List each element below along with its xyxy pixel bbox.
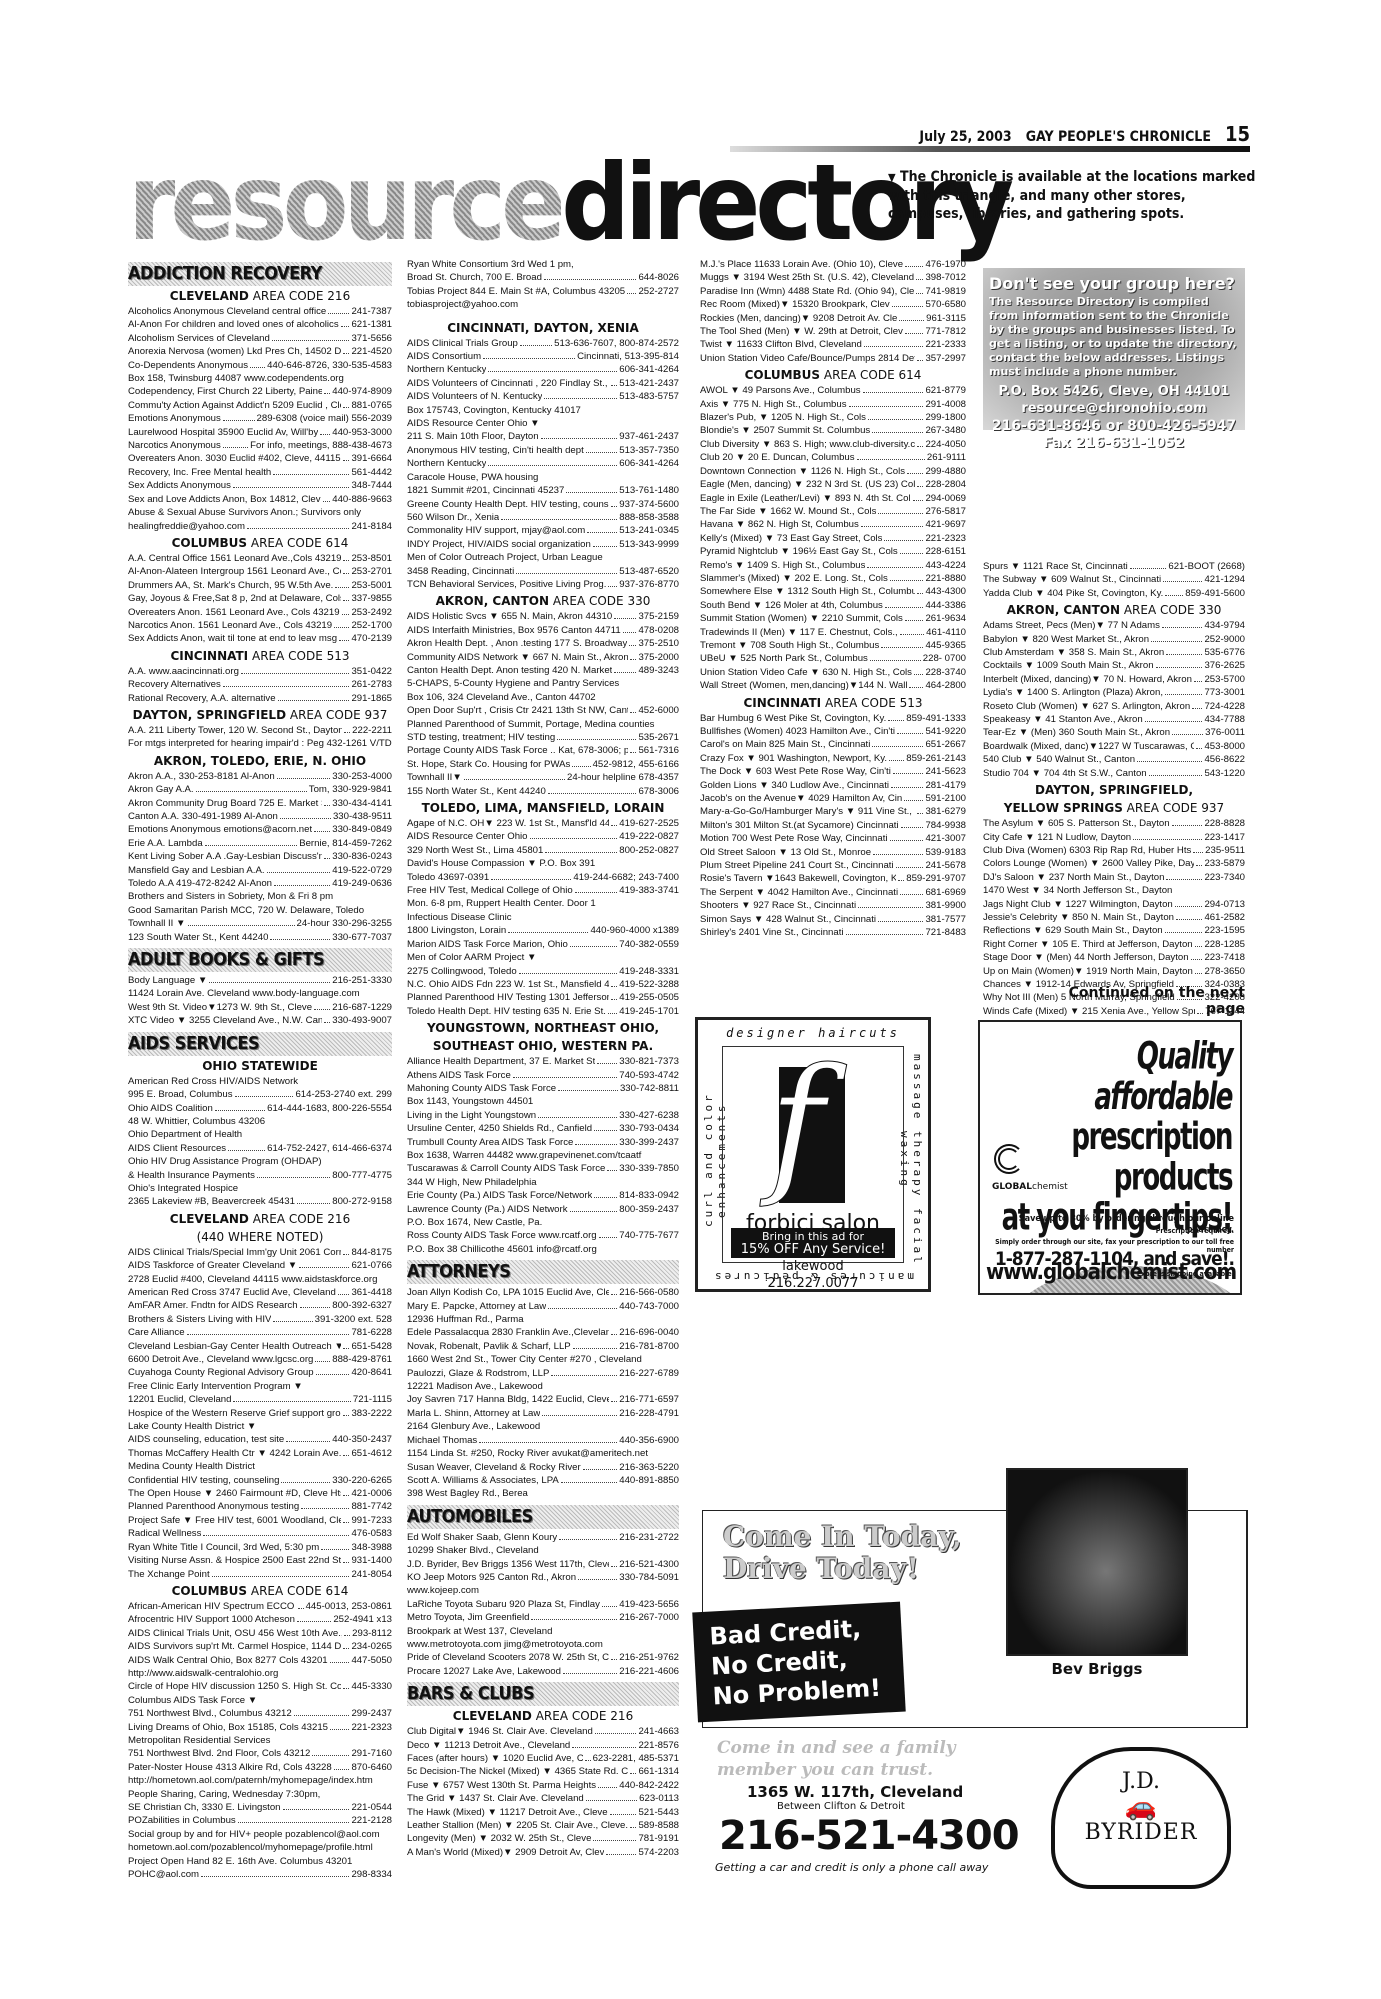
pharm-brand: GLOBALchemist <box>992 1182 1068 1192</box>
listing-name: Jags Night Club ▼ 1227 Wilmington, Dayto… <box>983 898 1173 911</box>
listing-name: Studio 704 ▼ 704 4th St S.W., Canton <box>983 767 1147 780</box>
listing-name: Michael Thomas <box>407 1434 477 1447</box>
listing-entry: Stage Door ▼ (Men) 44 North Jefferson, D… <box>983 951 1245 964</box>
listing-phone: 294-0713 <box>1204 898 1245 911</box>
dot-leader <box>889 760 904 761</box>
listing-name: Commonality HIV support, mjay@aol.com <box>407 524 585 537</box>
listing-entry: INDY Project, HIV/AIDS social organizati… <box>407 538 679 551</box>
listing-name: Faces (after hours) ▼ 1020 Euclid Ave, C… <box>407 1752 583 1765</box>
listing-entry: Living in the Light Youngstown330-427-62… <box>407 1109 679 1122</box>
listing-entry: 1800 Livingston, Lorain440-960-4000 x138… <box>407 924 679 937</box>
listing-entry: Lydia's ▼ 1400 S. Arlington (Plaza) Akro… <box>983 686 1245 699</box>
dot-leader <box>519 973 618 974</box>
listing-phone: 453-8000 <box>1204 740 1245 753</box>
salon-f-logo-icon: f <box>779 1067 845 1203</box>
listing-entry: 751 Northwest Blvd. 2nd Floor, Cols 4321… <box>128 1747 392 1760</box>
dot-leader <box>863 392 924 393</box>
listing-entry: Laurelwood Hospital 35900 Euclid Av, Wil… <box>128 426 392 439</box>
dot-leader <box>608 586 617 587</box>
dot-leader <box>907 473 923 474</box>
globe-logo-icon <box>994 1144 1024 1174</box>
section-heading: Adult Books & Gifts <box>128 948 392 972</box>
area-heading: AKRON, TOLEDO, ERIE, N. OHIO <box>128 753 392 769</box>
dot-leader <box>491 879 571 880</box>
area-heading: DAYTON, SPRINGFIELD, <box>983 782 1245 798</box>
listing-phone: 724-4228 <box>1204 700 1245 713</box>
listing-name: Rational Recovery, A.A. alternative <box>128 692 276 705</box>
listing-entry: The Hawk (Mixed) ▼ 11217 Detroit Ave., C… <box>407 1806 679 1819</box>
dot-leader <box>323 501 331 502</box>
listing-name: Afrocentric HIV Support 1000 Atcheson <box>128 1613 295 1626</box>
listing-entry: Roseto Club (Women) ▼ 627 S. Arlington, … <box>983 700 1245 713</box>
listing-phone: 521-5443 <box>638 1806 679 1819</box>
area-city: AKRON, CANTON <box>1007 603 1120 617</box>
byrider-credit-banner: Bad Credit, No Credit, No Problem! <box>692 1602 905 1723</box>
dot-leader <box>566 492 617 493</box>
listing-detail: Brothers and Sisters in Sobriety, Mon & … <box>128 890 392 903</box>
dot-leader <box>864 346 924 347</box>
listing-entry: Marion AIDS Task Force Marion, Ohio740-3… <box>407 938 679 951</box>
salon-offer: Bring in this ad for 15% OFF Any Service… <box>731 1228 895 1258</box>
byrider-headline: Come In Today, Drive Today! <box>723 1521 962 1585</box>
listing-name: 155 North Water St., Kent 44240 <box>407 785 546 798</box>
dot-leader <box>893 773 924 774</box>
listing-name: Living in the Light Youngstown <box>407 1109 536 1122</box>
listing-entry: Alcoholism Services of Cleveland371-5656 <box>128 332 392 345</box>
page-number: 15 <box>1225 122 1250 146</box>
listing-entry: Planned Parenthood Anonymous testing881-… <box>128 1500 392 1513</box>
listing-entry: 155 North Water St., Kent 44240678-3006 <box>407 785 679 798</box>
listing-name: 540 Club ▼ 540 Walnut St., Canton <box>983 753 1135 766</box>
cta-phones: 216-631-8646 or 800-426-5947 <box>989 418 1239 434</box>
listing-entry: Project Safe ▼ Free HIV test, 6001 Woodl… <box>128 1514 392 1527</box>
dot-leader <box>215 1110 265 1111</box>
listing-entry: The Subway ▼ 609 Walnut St., Cincinnati4… <box>983 573 1245 586</box>
listing-phone: 623-2281, 485-5371 <box>593 1752 679 1765</box>
section-heading-text: AIDS Services <box>128 1033 259 1054</box>
area-heading: CINCINNATI AREA CODE 513 <box>128 648 392 664</box>
dot-leader <box>324 805 330 806</box>
listing-phone: 278-3650 <box>1204 965 1245 978</box>
listing-entry: Pater-Noster House 4313 Alkire Rd, Cols … <box>128 1761 392 1774</box>
listing-name: Recovery, Inc. Free Mental health <box>128 466 271 479</box>
dot-leader <box>891 787 923 788</box>
listing-entry: & Health Insurance Payments800-777-4775 <box>128 1169 392 1182</box>
dot-leader <box>479 1442 617 1443</box>
listing-entry: Milton's 301 Milton St.(at Sycamore) Cin… <box>700 819 966 832</box>
listing-entry: Summit Station (Women) ▼ 2210 Summit, Co… <box>700 612 966 625</box>
listing-entry: AIDS counseling, education, test site440… <box>128 1433 392 1446</box>
listing-entry: Downtown Connection ▼ 1126 N. High St., … <box>700 465 966 478</box>
listing-entry: Crazy Fox ▼ 901 Washington, Newport, Ky.… <box>700 752 966 765</box>
listing-detail: Ryan White Consortium 3rd Wed 1 pm, <box>407 258 679 271</box>
dot-leader <box>1156 667 1203 668</box>
dot-leader <box>344 732 350 733</box>
salon-left-text: curl and color enhancements <box>702 1050 716 1270</box>
listing-entry: AIDS Taskforce of Greater Cleveland ▼621… <box>128 1259 392 1272</box>
listing-name: St. Hope, Stark Co. Housing for PWAs <box>407 758 570 771</box>
dot-leader <box>188 925 295 926</box>
listing-name: AIDS Walk Central Ohio, Box 8277 Cols 43… <box>128 1654 328 1667</box>
listing-phone: 252-9000 <box>1204 633 1245 646</box>
listing-name: West 9th St. Video▼1273 W. 9th St., Clev… <box>128 1001 312 1014</box>
dot-leader <box>608 1013 617 1014</box>
ad-global-chemist: Quality affordable prescription products… <box>978 1020 1242 1295</box>
listing-entry: West 9th St. Video▼1273 W. 9th St., Clev… <box>128 1001 392 1014</box>
listing-entry: Fuse ▼ 6757 West 130th St. Parma Heights… <box>407 1779 679 1792</box>
listing-phone: 261-2783 <box>351 678 392 691</box>
dot-leader <box>300 1307 331 1308</box>
listing-name: Erie A.A. Lambda <box>128 837 203 850</box>
listing-name: Stage Door ▼ (Men) 44 North Jefferson, D… <box>983 951 1189 964</box>
dot-leader <box>330 1729 349 1730</box>
listing-phone: 221-2333 <box>925 338 966 351</box>
listing-name: A.A. 211 Liberty Tower, 120 W. Second St… <box>128 724 342 737</box>
listing-phone: 651-4612 <box>351 1447 392 1460</box>
listing-phone: 330-742-8811 <box>620 1082 679 1095</box>
listing-name: 6600 Detroit Ave., Cleveland www.lgcsc.o… <box>128 1353 313 1366</box>
listing-entry: Tear-Ez ▼ (Men) 360 South Main St., Akro… <box>983 726 1245 739</box>
listing-phone: 330-784-5091 <box>619 1571 679 1584</box>
listing-phone: 24-hour 330-296-3255 <box>297 917 392 930</box>
dot-leader <box>597 1063 617 1064</box>
dot-leader <box>273 474 349 475</box>
listing-phone: 444-3386 <box>925 599 966 612</box>
dot-leader <box>884 540 923 541</box>
section-heading-text: Bars & Clubs <box>407 1683 534 1704</box>
listing-phone: 221-2128 <box>351 1814 392 1827</box>
listing-phone: 241-5678 <box>925 859 966 872</box>
area-city: YOUNGSTOWN, NORTHEAST OHIO, <box>427 1021 659 1035</box>
listing-phone: 228-6151 <box>925 545 966 558</box>
dot-leader <box>299 1267 349 1268</box>
listing-phone: 241-8184 <box>351 520 392 533</box>
dot-leader <box>611 1566 617 1567</box>
listing-phone: 513-483-5757 <box>619 390 679 403</box>
dot-leader <box>913 500 924 501</box>
listing-name: Old Street Saloon ▼ 13 Old St., Monroe <box>700 846 871 859</box>
listing-detail: 10299 Shaker Blvd., Cleveland <box>407 1544 679 1557</box>
dot-leader <box>277 778 331 779</box>
listing-name: A Man's World (Mixed)▼ 2909 Detroit Av, … <box>407 1846 604 1859</box>
listing-phone: 383-2222 <box>351 1407 392 1420</box>
dot-leader <box>849 406 924 407</box>
dot-leader <box>857 459 925 460</box>
dot-leader <box>606 1854 636 1855</box>
listing-entry: Circle of Hope HIV discussion 1250 S. Hi… <box>128 1680 392 1693</box>
listing-name: Tuscarawas & Carroll County AIDS Task Fo… <box>407 1162 605 1175</box>
dot-leader <box>516 573 617 574</box>
dot-leader <box>314 831 330 832</box>
listing-phone: 253-5700 <box>1204 673 1245 686</box>
listing-entry: Shirley's 2401 Vine St., Cincinnati721-8… <box>700 926 966 939</box>
listing-phone: 800-392-6327 <box>332 1299 392 1312</box>
dot-leader <box>294 1715 350 1716</box>
dot-leader <box>593 1840 636 1841</box>
listing-phone: 419-522-3288 <box>619 978 679 991</box>
listing-name: Jacob's on the Avenue▼ 4029 Hamilton Av,… <box>700 792 902 805</box>
dot-leader <box>1130 568 1167 569</box>
listing-name: Ursuline Center, 4250 Shields Rd., Canfi… <box>407 1122 592 1135</box>
listing-entry: AIDS Clinical Trials Unit, OSU 456 West … <box>128 1627 392 1640</box>
listing-entry: Havana ▼ 862 N. High St, Columbus421-969… <box>700 518 966 531</box>
cta-email[interactable]: resource@chronohio.com <box>989 401 1239 417</box>
listing-phone: 376-2625 <box>1204 659 1245 672</box>
bev-briggs-photo <box>1006 1468 1188 1656</box>
listing-entry: A.A. Central Office 1561 Leonard Ave.,Co… <box>128 552 392 565</box>
section-heading: Bars & Clubs <box>407 1682 679 1706</box>
listing-name: Sex and Love Addicts Anon, Box 14812, Cl… <box>128 493 321 506</box>
listing-name: Reflections ▼ 629 South Main St., Dayton <box>983 924 1163 937</box>
listing-entry: Jags Night Club ▼ 1227 Wilmington, Dayto… <box>983 898 1245 911</box>
dot-leader <box>901 827 924 828</box>
listing-name: Rosie's Tavern ▼1643 Bakewell, Covington… <box>700 872 896 885</box>
listing-phone: 419-248-3331 <box>619 965 679 978</box>
dot-leader <box>897 733 923 734</box>
listing-phone: 357-2997 <box>925 352 966 365</box>
area-city: OHIO STATEWIDE <box>202 1059 318 1073</box>
listing-phone: 330-434-4141 <box>332 797 392 810</box>
listing-phone: 330-821-7373 <box>619 1055 679 1068</box>
area-heading: TOLEDO, LIMA, MANSFIELD, LORAIN <box>407 800 679 816</box>
listing-entry: Paulozzi, Glaze & Rodstrom, LLP216-227-6… <box>407 1367 679 1380</box>
listing-detail: 5-CHAPS, 5-County Hygiene and Pantry Ser… <box>407 677 679 690</box>
bev-briggs-name: Bev Briggs <box>1006 1660 1188 1678</box>
listing-entry: Mary-a-Go-Go/Hamburger Mary's ▼ 911 Vine… <box>700 805 966 818</box>
dot-leader <box>233 1401 350 1402</box>
area-subheading: (440 WHERE NOTED) <box>128 1229 392 1245</box>
listing-entry: KO Jeep Motors 925 Canton Rd., Akron330-… <box>407 1571 679 1584</box>
listing-entry: Union Station Video Cafe ▼ 630 N. High S… <box>700 666 966 679</box>
listing-entry: Akron Community Drug Board 725 E. Market… <box>128 797 392 810</box>
listing-phone: 881-0765 <box>351 399 392 412</box>
listing-name: The Open House ▼ 2460 Fairmount #D, Clev… <box>128 1487 341 1500</box>
area-code: AREA CODE 330 <box>553 594 651 608</box>
area-city: CLEVELAND <box>170 289 249 303</box>
listing-phone: 216-221-4606 <box>619 1665 679 1678</box>
dot-leader <box>575 1144 617 1145</box>
pharm-required: Prescription required. <box>1156 1227 1234 1235</box>
listing-name: Cleveland Lesbian-Gay Center Health Outr… <box>128 1340 341 1353</box>
listing-detail: Medina County Health District <box>128 1460 392 1473</box>
listing-name: Spurs ▼ 1121 Race St, Cincinnati <box>983 560 1128 573</box>
listing-entry: Ross County AIDS Task Force www.rcatf.or… <box>407 1229 679 1242</box>
section-heading: AIDS Services <box>128 1032 392 1056</box>
area-city: CINCINNATI, DAYTON, XENIA <box>447 321 639 335</box>
dot-leader <box>343 1562 349 1563</box>
listing-phone: 440-960-4000 x1389 <box>590 924 679 937</box>
dot-leader <box>301 1508 349 1509</box>
listing-phone: 513-421-2437 <box>619 377 679 390</box>
dot-leader <box>1137 761 1202 762</box>
listing-name: 560 Wilson Dr., Xenia <box>407 511 499 524</box>
cta-address: P.O. Box 5426, Cleve, OH 44101 <box>989 384 1239 400</box>
listing-phone: 784-9938 <box>925 819 966 832</box>
dot-leader <box>312 1755 349 1756</box>
area-code: AREA CODE 614 <box>251 1584 349 1598</box>
listing-entry: Leather Stallion (Men) ▼ 2205 St. Clair … <box>407 1819 679 1832</box>
listing-name: Paradise Inn (Wmn) 4488 State Rd. (Ohio … <box>700 285 914 298</box>
dot-leader <box>257 1177 330 1178</box>
listing-phone: 330-253-4000 <box>332 770 392 783</box>
dot-leader <box>212 1576 350 1577</box>
listing-phone: 419-627-2525 <box>619 817 679 830</box>
listing-name: Kent Living Sober A.A .Gay-Lesbian Discu… <box>128 850 322 863</box>
listing-phone: 233-5879 <box>1204 857 1245 870</box>
dot-leader <box>341 326 350 327</box>
dot-leader <box>572 1747 636 1748</box>
dot-leader <box>607 1170 617 1171</box>
listing-entry: The Far Side ▼ 1662 W. Mound St., Cols27… <box>700 505 966 518</box>
listing-name: 211 S. Main 10th Floor, Dayton <box>407 430 539 443</box>
dot-leader <box>905 266 923 267</box>
dot-leader <box>890 840 924 841</box>
listing-entry: Mahoning County AIDS Task Force330-742-8… <box>407 1082 679 1095</box>
dot-leader <box>861 526 924 527</box>
listing-name: The Subway ▼ 609 Walnut St., Cincinnati <box>983 573 1161 586</box>
dot-leader <box>343 353 349 354</box>
listing-name: Agape of N.C. OH▼ 223 W. 1st St., Mansf'… <box>407 817 609 830</box>
listing-name: STD testing, treatment; HIV testing <box>407 731 555 744</box>
listing-entry: A.A. 211 Liberty Tower, 120 W. Second St… <box>128 724 392 737</box>
title-resource: resource <box>128 155 561 250</box>
cta-body: The Resource Directory is compiled from … <box>989 295 1239 379</box>
dot-leader <box>583 1469 618 1470</box>
listing-detail: 12936 Huffman Rd., Parma <box>407 1313 679 1326</box>
listing-phone: Bernie, 814-459-7262 <box>299 837 392 850</box>
listing-entry: healingfreddie@yahoo.com241-8184 <box>128 520 392 533</box>
listing-phone: 464-2800 <box>925 679 966 692</box>
listing-entry: 2365 Lakeview #B, Beavercreek 45431800-2… <box>128 1195 392 1208</box>
listing-detail: AIDS Resource Center Ohio ▼ <box>407 417 679 430</box>
listing-entry: Sex Addicts Anonymous348-7444 <box>128 479 392 492</box>
listing-phone: 606-341-4264 <box>619 457 679 470</box>
cta-heading: Don't see your group here? <box>989 274 1239 294</box>
byrider-address: 1365 W. 117th, Cleveland <box>747 1783 963 1801</box>
listing-name: A.A. www.aacincinnati.org <box>128 665 239 678</box>
listing-detail: www.metrotoyota.com jimg@metrotoyota.com <box>407 1638 679 1651</box>
listing-phone: 621-0766 <box>351 1259 392 1272</box>
area-code: AREA CODE 513 <box>252 649 350 663</box>
area-code: AREA CODE 614 <box>251 536 349 550</box>
listing-phone: 252-4941 x13 <box>333 1613 392 1626</box>
dot-leader <box>611 385 617 386</box>
listing-phone: 489-3243 <box>638 664 679 677</box>
listing-phone: 445-3330 <box>351 1680 392 1693</box>
listing-phone: 844-8175 <box>351 1246 392 1259</box>
listing-entry: Visiting Nurse Assn. & Hospice 2500 East… <box>128 1554 392 1567</box>
dot-leader <box>1192 708 1202 709</box>
listing-entry: Tobias Project 844 E. Main St #A, Columb… <box>407 285 679 298</box>
listing-name: 995 E. Broad, Columbus <box>128 1088 233 1101</box>
listing-phone: 937-374-5600 <box>619 498 679 511</box>
listing-entry: 995 E. Broad, Columbus614-253-2740 ext. … <box>128 1088 392 1101</box>
ad-forbici-salon: designer haircuts curl and color enhance… <box>695 1017 931 1292</box>
listing-phone: 216-687-1229 <box>332 1001 392 1014</box>
listing-name: 1821 Summit #201, Cincinnati 45237 <box>407 484 564 497</box>
dot-leader <box>298 1608 304 1609</box>
listing-phone: 420-8641 <box>351 1366 392 1379</box>
dot-leader <box>270 939 330 940</box>
dot-leader <box>594 1197 617 1198</box>
dot-leader <box>501 519 617 520</box>
listing-name: Mary-a-Go-Go/Hamburger Mary's ▼ 911 Vine… <box>700 805 915 818</box>
listing-name: 12201 Euclid, Cleveland <box>128 1393 231 1406</box>
dot-leader <box>530 838 618 839</box>
dot-leader <box>867 567 923 568</box>
dot-leader <box>611 506 617 507</box>
listing-name: Club Diversity ▼ 863 S. High; www.club-d… <box>700 438 915 451</box>
area-subheading: YELLOW SPRINGS AREA CODE 937 <box>983 800 1245 816</box>
dot-leader <box>1133 839 1202 840</box>
listing-entry: Ryan White Title I Council, 3rd Wed, 5:3… <box>128 1541 392 1554</box>
listing-phone: 253-2492 <box>351 606 392 619</box>
listing-phone: 330-427-6238 <box>619 1109 679 1122</box>
listing-entry: 751 Northwest Blvd., Columbus 43212299-2… <box>128 1707 392 1720</box>
listing-phone: 371-5656 <box>351 332 392 345</box>
dot-leader <box>630 1773 636 1774</box>
dot-leader <box>598 1787 617 1788</box>
listing-name: Lawrence County (Pa.) AIDS Network <box>407 1203 568 1216</box>
dot-leader <box>238 1822 350 1823</box>
listing-name: Downtown Connection ▼ 1126 N. High St., … <box>700 465 905 478</box>
listing-phone: 937-461-2437 <box>619 430 679 443</box>
listing-name: healingfreddie@yahoo.com <box>128 520 245 533</box>
listing-phone: 228- 0700 <box>923 652 966 665</box>
listing-name: Longevity (Men) ▼ 2032 W. 25th St., Clev… <box>407 1832 591 1845</box>
area-city: CINCINNATI <box>170 649 248 663</box>
area-city: COLUMBUS <box>172 1584 247 1598</box>
dot-leader <box>235 1096 294 1097</box>
listing-phone: 440-886-9663 <box>332 493 392 506</box>
dot-leader <box>321 1549 349 1550</box>
listing-name: Alliance Health Department, 37 E. Market… <box>407 1055 595 1068</box>
listing-entry: Afrocentric HIV Support 1000 Atcheson252… <box>128 1613 392 1626</box>
listing-entry: Rec Room (Mixed)▼ 15320 Brookpark, Clev5… <box>700 298 966 311</box>
dot-leader <box>316 1374 350 1375</box>
listing-entry: AIDS Clinical Trials Group513-636-7607, … <box>407 337 679 350</box>
listing-detail: Brookpark at West 137, Cleveland <box>407 1625 679 1638</box>
listing-entry: Pride of Cleveland Scooters 2078 W. 25th… <box>407 1651 679 1664</box>
area-heading: COLUMBUS AREA CODE 614 <box>700 367 966 383</box>
listing-name: The Dock ▼ 603 West Pete Rose Way, Cin't… <box>700 765 891 778</box>
listing-name: 3458 Reading, Cincinnati <box>407 565 514 578</box>
listing-phone: 235-9511 <box>1205 844 1245 857</box>
listing-name: Susan Weaver, Cleveland & Rocky River <box>407 1461 581 1474</box>
listing-name: Metro Toyota, Jim Greenfield <box>407 1611 529 1624</box>
area-city: DAYTON, SPRINGFIELD <box>133 708 286 722</box>
listing-name: Confidential HIV testing, counseling <box>128 1474 279 1487</box>
area-city: SOUTHEAST OHIO, WESTERN PA. <box>433 1039 653 1053</box>
listing-name: J.D. Byrider, Bev Briggs 1356 West 117th… <box>407 1558 609 1571</box>
listing-entry: Eagle (Men, dancing) ▼ 232 N 3rd St. (US… <box>700 478 966 491</box>
listing-name: Narcotics Anon. 1561 Leonard Ave., Cols … <box>128 619 332 632</box>
listing-entry: Tremont ▼ 708 South High St., Columbus44… <box>700 639 966 652</box>
pharm-url[interactable]: www.globalchemist.com <box>986 1260 1234 1285</box>
listing-entry: Sex and Love Addicts Anon, Box 14812, Cl… <box>128 493 392 506</box>
listing-phone: 541-9220 <box>925 725 966 738</box>
listing-phone: 216-267-7000 <box>619 1611 679 1624</box>
dot-leader <box>280 818 331 819</box>
listing-detail: Men of Color Outreach Project, Urban Lea… <box>407 551 679 564</box>
listing-entry: Al-Anon-Alateen Intergroup 1561 Leonard … <box>128 565 392 578</box>
listing-entry: Care Alliance781-6228 <box>128 1326 392 1339</box>
listing-entry: Eagle in Exile (Leather/Levi) ▼ 893 N. 4… <box>700 492 966 505</box>
listing-name: Al-Anon-Alateen Intergroup 1561 Leonard … <box>128 565 341 578</box>
listing-phone: 375-2510 <box>638 637 679 650</box>
listing-phone: 293-8112 <box>352 1627 392 1640</box>
dot-leader <box>611 1401 617 1402</box>
